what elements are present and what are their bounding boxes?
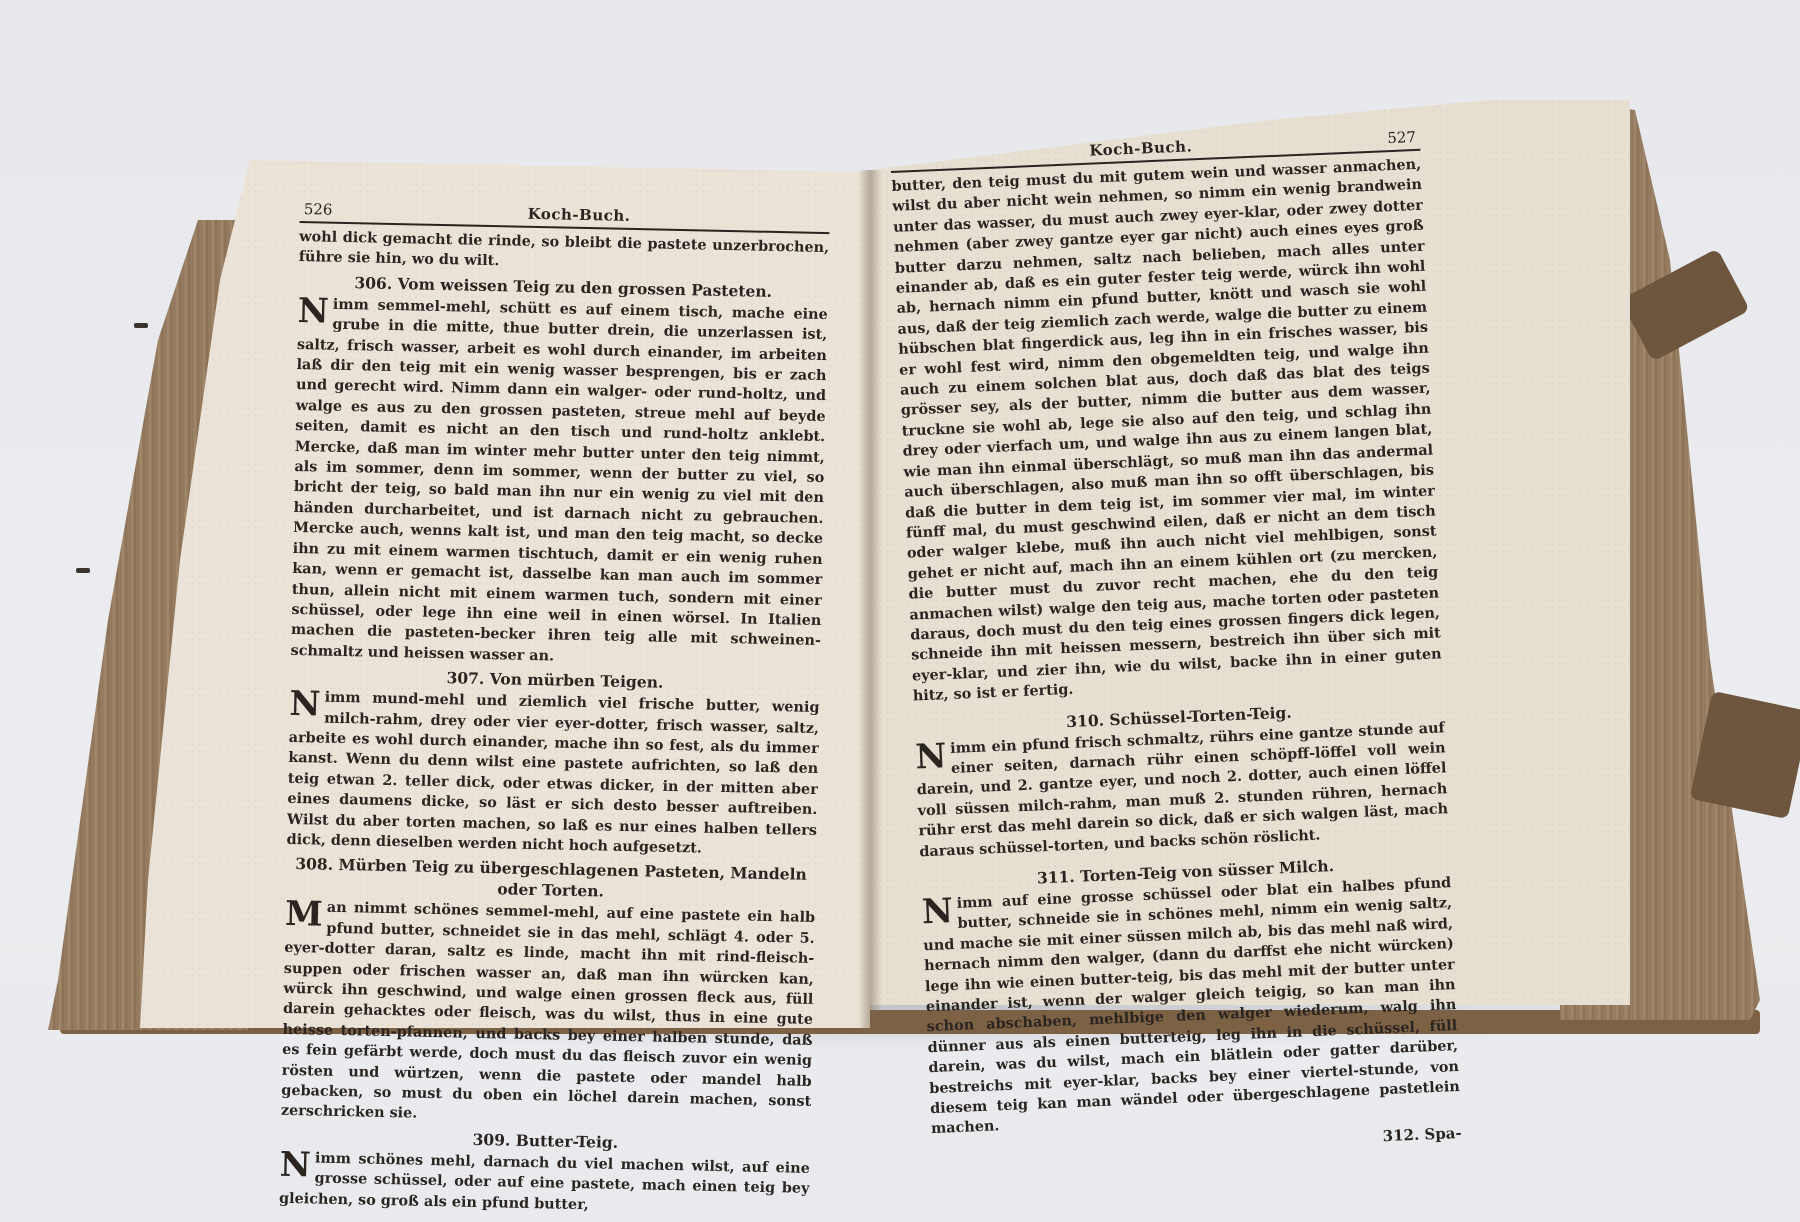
recipe-text-307: Nimm mund-mehl und ziemlich viel frische… [286, 687, 819, 861]
left-page-text: 526 Koch-Buch. wohl dick gemacht die rin… [279, 200, 830, 1220]
recipe-text-310: Nimm ein pfund frisch schmaltz, rührs ei… [915, 718, 1450, 863]
running-head-title: Koch-Buch. [527, 205, 630, 225]
recipe-text-308: Man nimmt schönes semmel-mehl, auf eine … [281, 897, 816, 1133]
continued-text: wohl dick gemacht die rinde, so bleibt d… [299, 227, 830, 279]
recipe-text-306: Nimm semmel-mehl, schütt es auf einem ti… [290, 294, 828, 672]
continued-text: butter, den teig must du mit gutem wein … [891, 155, 1443, 707]
right-page-text: Koch-Buch. 527 butter, den teig must du … [890, 128, 1462, 1164]
recipe-text-309: Nimm schönes mehl, darnach du viel mache… [279, 1148, 810, 1220]
clasp-pin-top-icon [134, 323, 148, 328]
book-gutter [858, 170, 882, 1030]
clasp-pin-bottom-icon [76, 568, 90, 573]
recipe-text-311: Nimm auf eine grosse schüssel oder blat … [921, 873, 1461, 1140]
running-head-title: Koch-Buch. [1089, 137, 1192, 159]
page-number-left: 526 [304, 200, 333, 219]
page-number-right: 527 [1387, 128, 1416, 147]
